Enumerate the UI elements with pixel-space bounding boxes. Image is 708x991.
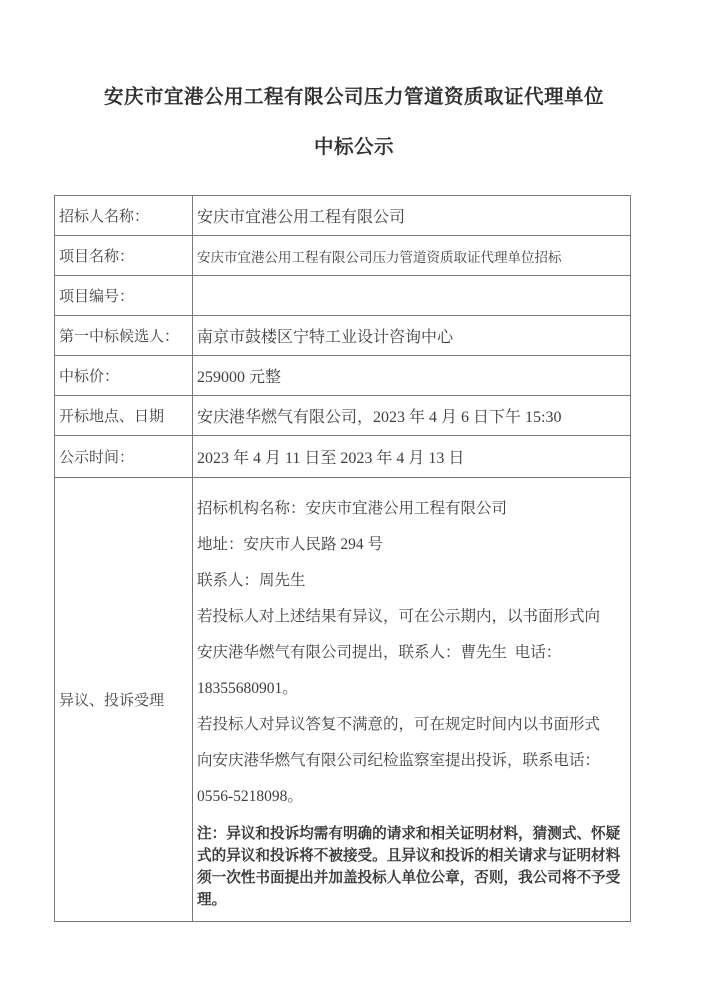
table-row-winning-price: 中标价： 259000 元整 — [55, 356, 631, 396]
bid-opening-place-date-value: 安庆港华燃气有限公司，2023 年 4 月 6 日下午 15:30 — [193, 396, 631, 436]
project-name-label: 项目名称： — [55, 236, 193, 276]
table-row-publicity-period: 公示时间： 2023 年 4 月 11 日至 2023 年 4 月 13 日 — [55, 436, 631, 478]
objection-paragraph-contact: 联系人：周先生 — [197, 563, 624, 599]
objection-paragraph-procedure: 若投标人对上述结果有异议，可在公示期内，以书面形式向 安庆港华燃气有限公司提出，… — [197, 599, 624, 707]
table-row-bid-opening-place-date: 开标地点、日期 安庆港华燃气有限公司，2023 年 4 月 6 日下午 15:3… — [55, 396, 631, 436]
objection-complaint-value: 招标机构名称：安庆市宜港公用工程有限公司 地址：安庆市人民路 294 号 联系人… — [193, 478, 631, 922]
objection-complaint-label: 异议、投诉受理 — [55, 478, 193, 922]
objection-paragraph-agency: 招标机构名称：安庆市宜港公用工程有限公司 — [197, 491, 624, 527]
objection-paragraph-complaint-procedure: 若投标人对异议答复不满意的，可在规定时间内以书面形式 向安庆港华燃气有限公司纪检… — [197, 707, 624, 815]
document-page: 安庆市宜港公用工程有限公司压力管道资质取证代理单位 中标公示 招标人名称： 安庆… — [0, 0, 708, 991]
table-row-project-number: 项目编号： — [55, 276, 631, 316]
page-title-line-2: 中标公示 — [0, 123, 708, 173]
first-winning-candidate-label: 第一中标候选人： — [55, 316, 193, 356]
table-row-first-winning-candidate: 第一中标候选人： 南京市鼓楼区宁特工业设计咨询中心 — [55, 316, 631, 356]
page-title-line-1: 安庆市宜港公用工程有限公司压力管道资质取证代理单位 — [0, 73, 708, 123]
bid-opening-place-date-label: 开标地点、日期 — [55, 396, 193, 436]
winning-price-label: 中标价： — [55, 356, 193, 396]
project-name-value: 安庆市宜港公用工程有限公司压力管道资质取证代理单位招标 — [193, 236, 631, 276]
table-row-tenderer-name: 招标人名称： 安庆市宜港公用工程有限公司 — [55, 196, 631, 236]
first-winning-candidate-value: 南京市鼓楼区宁特工业设计咨询中心 — [193, 316, 631, 356]
objection-note: 注：异议和投诉均需有明确的请求和相关证明材料，猜测式、怀疑式的异议和投诉将不被接… — [197, 823, 624, 911]
page-title: 安庆市宜港公用工程有限公司压力管道资质取证代理单位 中标公示 — [0, 0, 708, 173]
tenderer-name-label: 招标人名称： — [55, 196, 193, 236]
winning-price-value: 259000 元整 — [193, 356, 631, 396]
publicity-period-value: 2023 年 4 月 11 日至 2023 年 4 月 13 日 — [193, 436, 631, 478]
project-number-label: 项目编号： — [55, 276, 193, 316]
objection-paragraph-address: 地址：安庆市人民路 294 号 — [197, 527, 624, 563]
announcement-table: 招标人名称： 安庆市宜港公用工程有限公司 项目名称： 安庆市宜港公用工程有限公司… — [54, 195, 631, 922]
tenderer-name-value: 安庆市宜港公用工程有限公司 — [193, 196, 631, 236]
table-row-project-name: 项目名称： 安庆市宜港公用工程有限公司压力管道资质取证代理单位招标 — [55, 236, 631, 276]
publicity-period-label: 公示时间： — [55, 436, 193, 478]
project-number-value — [193, 276, 631, 316]
table-row-objection-complaint: 异议、投诉受理 招标机构名称：安庆市宜港公用工程有限公司 地址：安庆市人民路 2… — [55, 478, 631, 922]
